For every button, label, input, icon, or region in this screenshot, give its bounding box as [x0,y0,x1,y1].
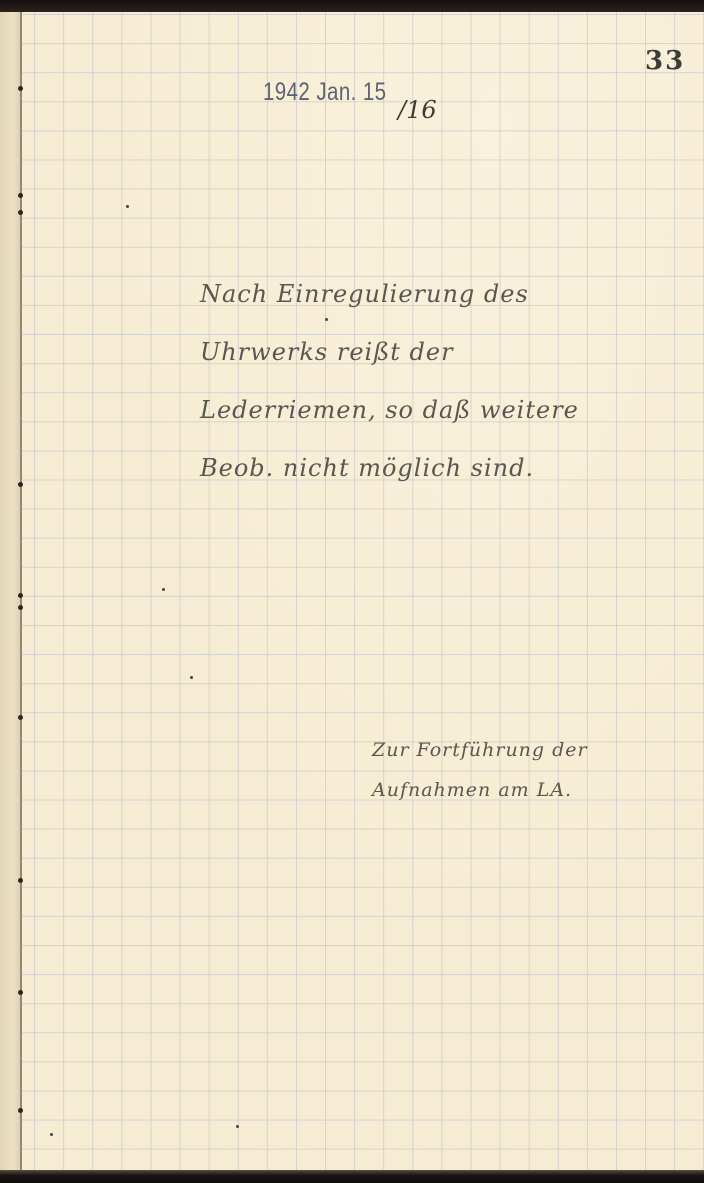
binding-stitch-icon [18,878,23,883]
notebook-page [0,12,704,1170]
paper-speck [126,205,129,208]
note-line: Zur Fortführung der [372,730,588,770]
paper-speck [190,676,193,679]
main-handwritten-note: Nach Einregulierung des Uhrwerks reißt d… [200,265,579,497]
binding-stitch-icon [18,193,23,198]
binding-stitch-icon [18,593,23,598]
note-line: Lederriemen, so daß weitere [200,381,579,439]
note-line: Uhrwerks reißt der [200,323,579,381]
binding-stitch-icon [18,990,23,995]
binding-stitch-icon [18,210,23,215]
paper-speck [50,1133,53,1136]
note-line: Beob. nicht möglich sind. [200,439,579,497]
binding-stitch-icon [18,1108,23,1113]
binding-line [20,12,22,1170]
side-handwritten-note: Zur Fortführung der Aufnahmen am LA. [372,730,588,810]
date-stamp: 1942 Jan. 15 [263,78,386,107]
note-line: Aufnahmen am LA. [372,770,588,810]
note-line: Nach Einregulierung des [200,265,579,323]
binding-stitch-icon [18,715,23,720]
paper-speck [236,1125,239,1128]
binding-stitch-icon [18,86,23,91]
page-number: 33 [645,46,685,76]
scan-bottom-edge [0,1170,704,1183]
scan-top-edge [0,0,704,12]
date-stamp-handwritten-suffix: /16 [398,96,437,124]
paper-speck [162,588,165,591]
binding-stitch-icon [18,482,23,487]
binding-gutter [0,12,22,1170]
binding-stitch-icon [18,605,23,610]
